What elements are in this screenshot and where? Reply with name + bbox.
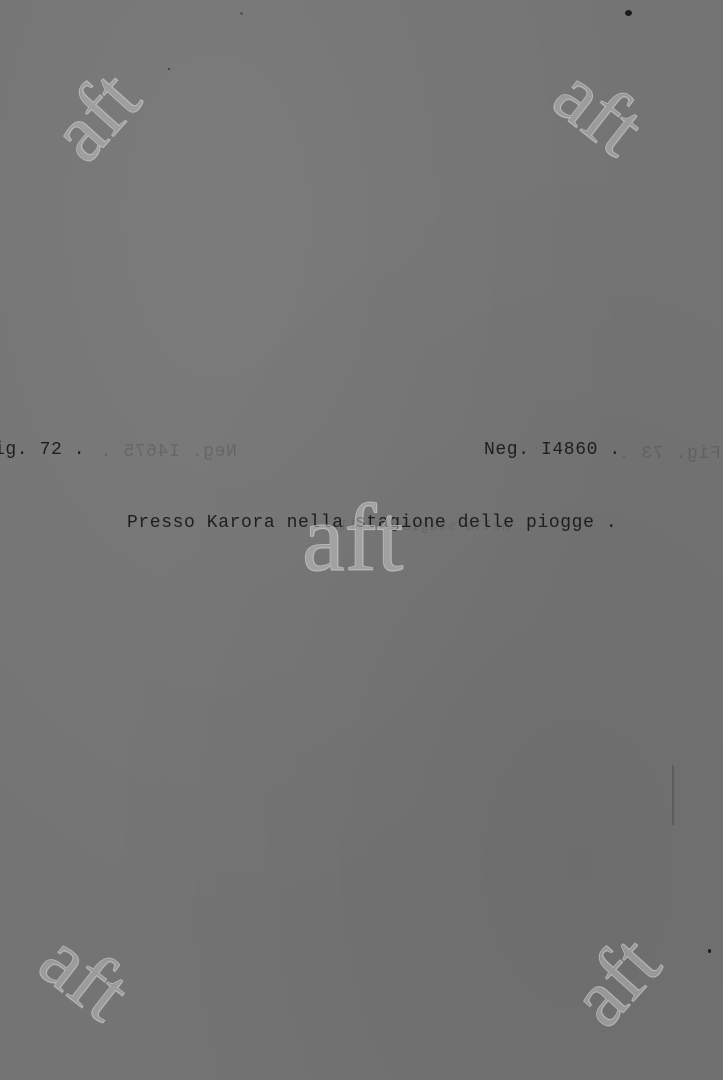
dust-speck xyxy=(168,68,170,70)
watermark-center: aft xyxy=(302,490,403,586)
film-scratch xyxy=(672,765,674,825)
dust-speck xyxy=(240,12,243,15)
watermark-bottom-right: aft xyxy=(556,921,675,1040)
dust-speck xyxy=(625,10,632,16)
watermark-bottom-left: aft xyxy=(26,917,145,1035)
dust-speck xyxy=(708,949,711,953)
bleed-through-negative-label: Neg. I4675 . xyxy=(100,442,237,462)
bleed-through-figure-label: Fig. 73 . xyxy=(618,444,721,464)
watermark-top-left: aft xyxy=(36,56,155,175)
scanned-page: ig. 72 . Neg. I4675 . Neg. I4860 . Fig. … xyxy=(0,0,723,1080)
figure-label: ig. 72 . xyxy=(0,440,85,460)
negative-number-label: Neg. I4860 . xyxy=(484,440,621,460)
watermark-top-right: aft xyxy=(540,52,659,170)
